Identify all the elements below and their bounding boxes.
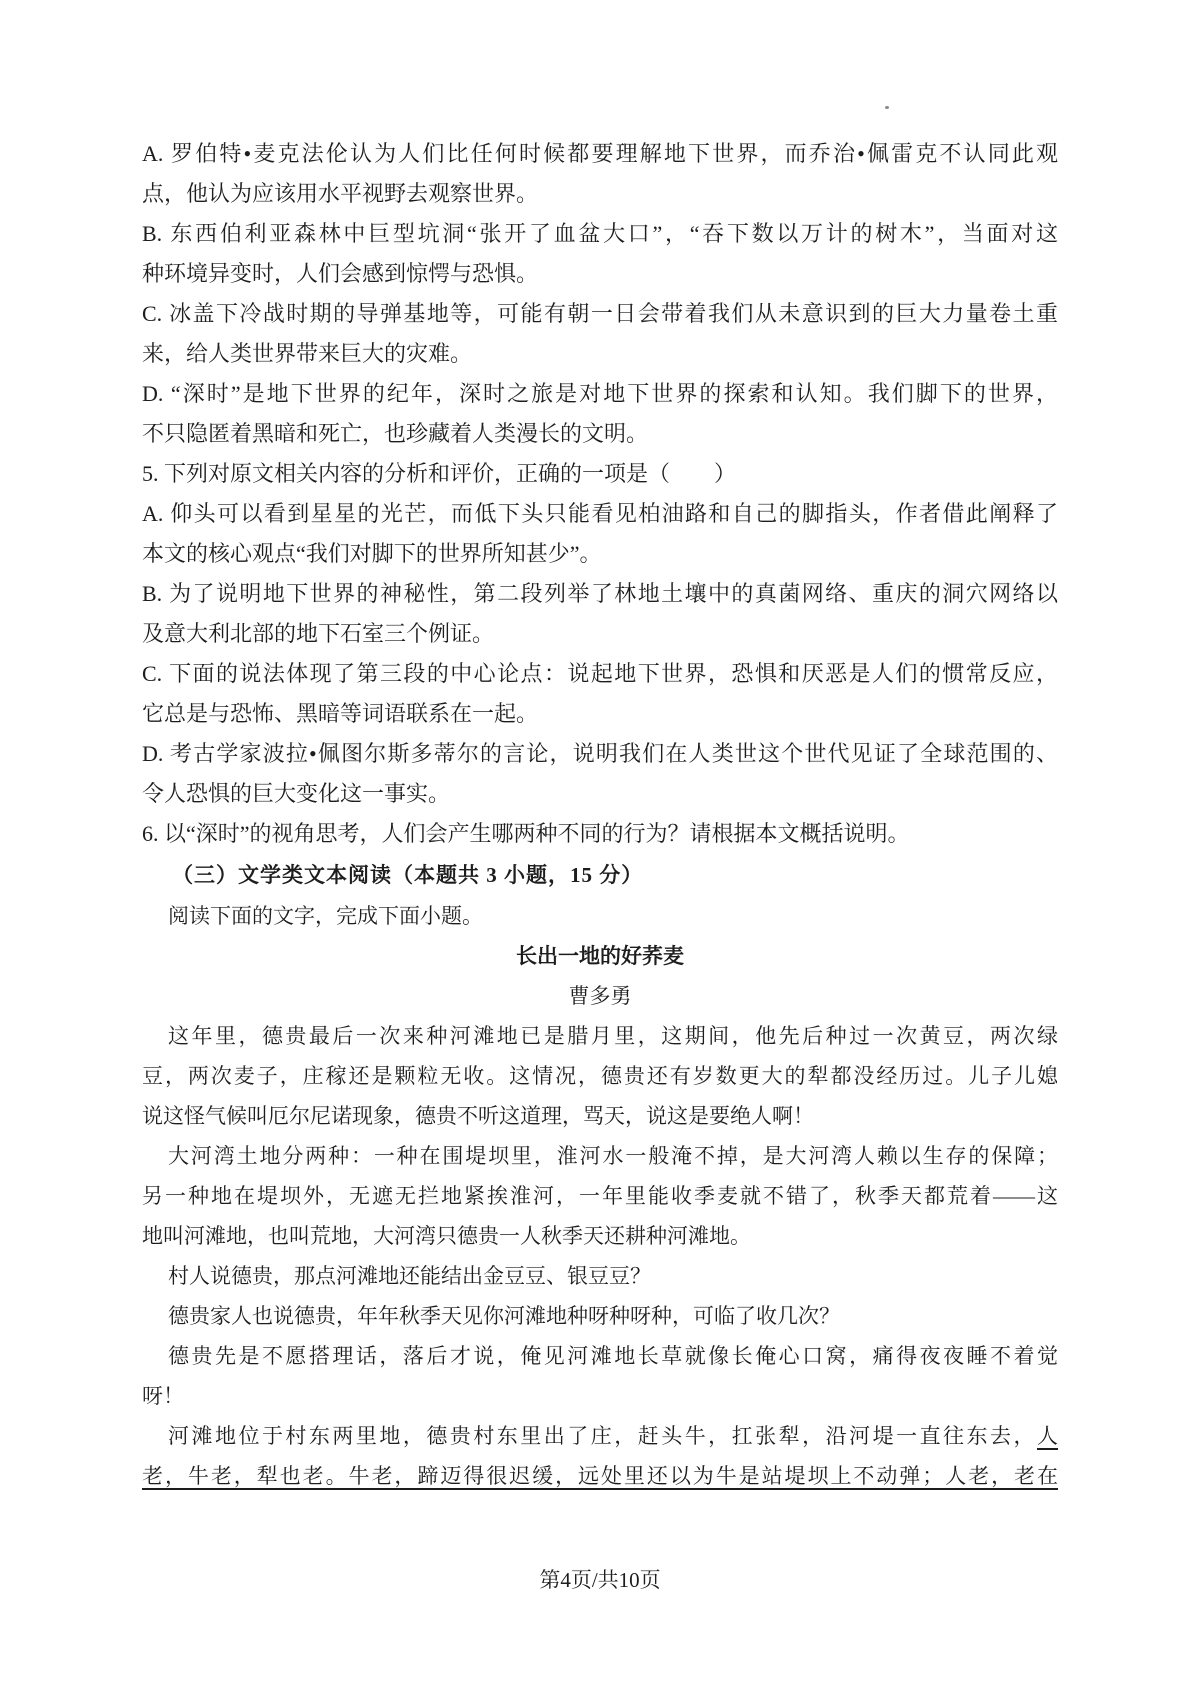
story-line: 另一种地在堤坝外，无遮无拦地紧挨淮河，一年里能收季麦就不错了，秋季天都荒着——这 — [142, 1176, 1058, 1216]
scan-artifact-dot — [885, 106, 889, 109]
story-paragraph-4: 德贵家人也说德贵，年年秋季天见你河滩地种呀种呀种，可临了收几次？ — [142, 1296, 1058, 1336]
section-heading: （三）文学类文本阅读（本题共 3 小题，15 分） — [142, 854, 1058, 896]
story-line: 地叫河滩地，也叫荒地，大河湾只德贵一人秋季天还耕种河滩地。 — [142, 1216, 1058, 1256]
question-5-option-c: C. 下面的说法体现了第三段的中心论点：说起地下世界，恐惧和厌恶是人们的惯常反应… — [142, 654, 1058, 734]
story-paragraph-2: 大河湾土地分两种：一种在围堤坝里，淮河水一般淹不掉，是大河湾人赖以生存的保障； … — [142, 1136, 1058, 1256]
story-line: 呀！ — [142, 1376, 1058, 1416]
option-line: 种环境异变时，人们会感到惊愕与恐惧。 — [142, 254, 1058, 294]
underlined-text: 老，牛老，犁也老。牛老，蹄迈得很迟缓，远处里还以为牛是站堤坝上不动弹；人老，老在 — [142, 1464, 1058, 1488]
option-line: 本文的核心观点“我们对脚下的世界所知甚少”。 — [142, 534, 1058, 574]
story-paragraph-3: 村人说德贵，那点河滩地还能结出金豆豆、银豆豆？ — [142, 1256, 1058, 1296]
underlined-text: 人 — [1037, 1424, 1058, 1448]
story-paragraph-5: 德贵先是不愿搭理话，落后才说，俺见河滩地长草就像长俺心口窝，痛得夜夜睡不着觉 呀… — [142, 1336, 1058, 1416]
option-line: B. 为了说明地下世界的神秘性，第二段列举了林地土壤中的真菌网络、重庆的洞穴网络… — [142, 574, 1058, 614]
story-line: 大河湾土地分两种：一种在围堤坝里，淮河水一般淹不掉，是大河湾人赖以生存的保障； — [142, 1136, 1058, 1176]
option-line: A. 罗伯特•麦克法伦认为人们比任何时候都要理解地下世界，而乔治•佩雷克不认同此… — [142, 134, 1058, 174]
story-line: 河滩地位于村东两里地，德贵村东里出了庄，赶头牛，扛张犁，沿河堤一直往东去，人 — [142, 1416, 1058, 1456]
question-4-option-a: A. 罗伯特•麦克法伦认为人们比任何时候都要理解地下世界，而乔治•佩雷克不认同此… — [142, 134, 1058, 214]
option-line: 它总是与恐怖、黑暗等词语联系在一起。 — [142, 694, 1058, 734]
section-3-literary-reading: （三）文学类文本阅读（本题共 3 小题，15 分） 阅读下面的文字，完成下面小题… — [142, 854, 1058, 1496]
question-stem: 5. 下列对原文相关内容的分析和评价，正确的一项是（ ） — [142, 454, 1058, 494]
question-5-option-a: A. 仰头可以看到星星的光芒，而低下头只能看见柏油路和自己的脚指头，作者借此阐释… — [142, 494, 1058, 574]
story-line: 村人说德贵，那点河滩地还能结出金豆豆、银豆豆？ — [142, 1256, 1058, 1296]
story-line: 这年里，德贵最后一次来种河滩地已是腊月里，这期间，他先后种过一次黄豆，两次绿 — [142, 1016, 1058, 1056]
option-line: D. 考古学家波拉•佩图尔斯多蒂尔的言论，说明我们在人类世这个世代见证了全球范围… — [142, 734, 1058, 774]
question-5: 5. 下列对原文相关内容的分析和评价，正确的一项是（ ） A. 仰头可以看到星星… — [142, 454, 1058, 814]
option-line: D. “深时”是地下世界的纪年，深时之旅是对地下世界的探索和认知。我们脚下的世界… — [142, 374, 1058, 414]
question-stem: 6. 以“深时”的视角思考，人们会产生哪两种不同的行为？请根据本文概括说明。 — [142, 814, 1058, 854]
story-author: 曹多勇 — [142, 976, 1058, 1016]
option-line: 令人恐惧的巨大变化这一事实。 — [142, 774, 1058, 814]
option-line: 不只隐匿着黑暗和死亡，也珍藏着人类漫长的文明。 — [142, 414, 1058, 454]
option-line: B. 东西伯利亚森林中巨型坑洞“张开了血盆大口”，“吞下数以万计的树木”，当面对… — [142, 214, 1058, 254]
question-5-option-b: B. 为了说明地下世界的神秘性，第二段列举了林地土壤中的真菌网络、重庆的洞穴网络… — [142, 574, 1058, 654]
option-line: 来，给人类世界带来巨大的灾难。 — [142, 334, 1058, 374]
question-4-option-c: C. 冰盖下冷战时期的导弹基地等，可能有朝一日会带着我们从未意识到的巨大力量卷土… — [142, 294, 1058, 374]
story-line: 说这怪气候叫厄尔尼诺现象，德贵不听这道理，骂天，说这是要绝人啊！ — [142, 1096, 1058, 1136]
option-line: 及意大利北部的地下石室三个例证。 — [142, 614, 1058, 654]
question-4-option-b: B. 东西伯利亚森林中巨型坑洞“张开了血盆大口”，“吞下数以万计的树木”，当面对… — [142, 214, 1058, 294]
story-line: 德贵家人也说德贵，年年秋季天见你河滩地种呀种呀种，可临了收几次？ — [142, 1296, 1058, 1336]
story-text: 河滩地位于村东两里地，德贵村东里出了庄，赶头牛，扛张犁，沿河堤一直往东去， — [168, 1424, 1037, 1448]
option-line: 点，他认为应该用水平视野去观察世界。 — [142, 174, 1058, 214]
option-line: A. 仰头可以看到星星的光芒，而低下头只能看见柏油路和自己的脚指头，作者借此阐释… — [142, 494, 1058, 534]
question-4-option-d: D. “深时”是地下世界的纪年，深时之旅是对地下世界的探索和认知。我们脚下的世界… — [142, 374, 1058, 454]
story-line: 豆，两次麦子，庄稼还是颗粒无收。这情况，德贵还有岁数更大的犁都没经历过。儿子儿媳 — [142, 1056, 1058, 1096]
story-line: 德贵先是不愿搭理话，落后才说，俺见河滩地长草就像长俺心口窝，痛得夜夜睡不着觉 — [142, 1336, 1058, 1376]
option-line: C. 下面的说法体现了第三段的中心论点：说起地下世界，恐惧和厌恶是人们的惯常反应… — [142, 654, 1058, 694]
story-paragraph-1: 这年里，德贵最后一次来种河滩地已是腊月里，这期间，他先后种过一次黄豆，两次绿 豆… — [142, 1016, 1058, 1136]
reading-instruction: 阅读下面的文字，完成下面小题。 — [142, 896, 1058, 936]
question-5-option-d: D. 考古学家波拉•佩图尔斯多蒂尔的言论，说明我们在人类世这个世代见证了全球范围… — [142, 734, 1058, 814]
story-title: 长出一地的好荞麦 — [142, 936, 1058, 976]
exam-page: A. 罗伯特•麦克法伦认为人们比任何时候都要理解地下世界，而乔治•佩雷克不认同此… — [0, 0, 1200, 1698]
question-6: 6. 以“深时”的视角思考，人们会产生哪两种不同的行为？请根据本文概括说明。 — [142, 814, 1058, 854]
story-line: 老，牛老，犁也老。牛老，蹄迈得很迟缓，远处里还以为牛是站堤坝上不动弹；人老，老在 — [142, 1456, 1058, 1496]
page-number: 第4页/共10页 — [0, 1560, 1200, 1600]
story-paragraph-6: 河滩地位于村东两里地，德贵村东里出了庄，赶头牛，扛张犁，沿河堤一直往东去，人 老… — [142, 1416, 1058, 1496]
option-line: C. 冰盖下冷战时期的导弹基地等，可能有朝一日会带着我们从未意识到的巨大力量卷土… — [142, 294, 1058, 334]
page-content: A. 罗伯特•麦克法伦认为人们比任何时候都要理解地下世界，而乔治•佩雷克不认同此… — [142, 134, 1058, 1496]
